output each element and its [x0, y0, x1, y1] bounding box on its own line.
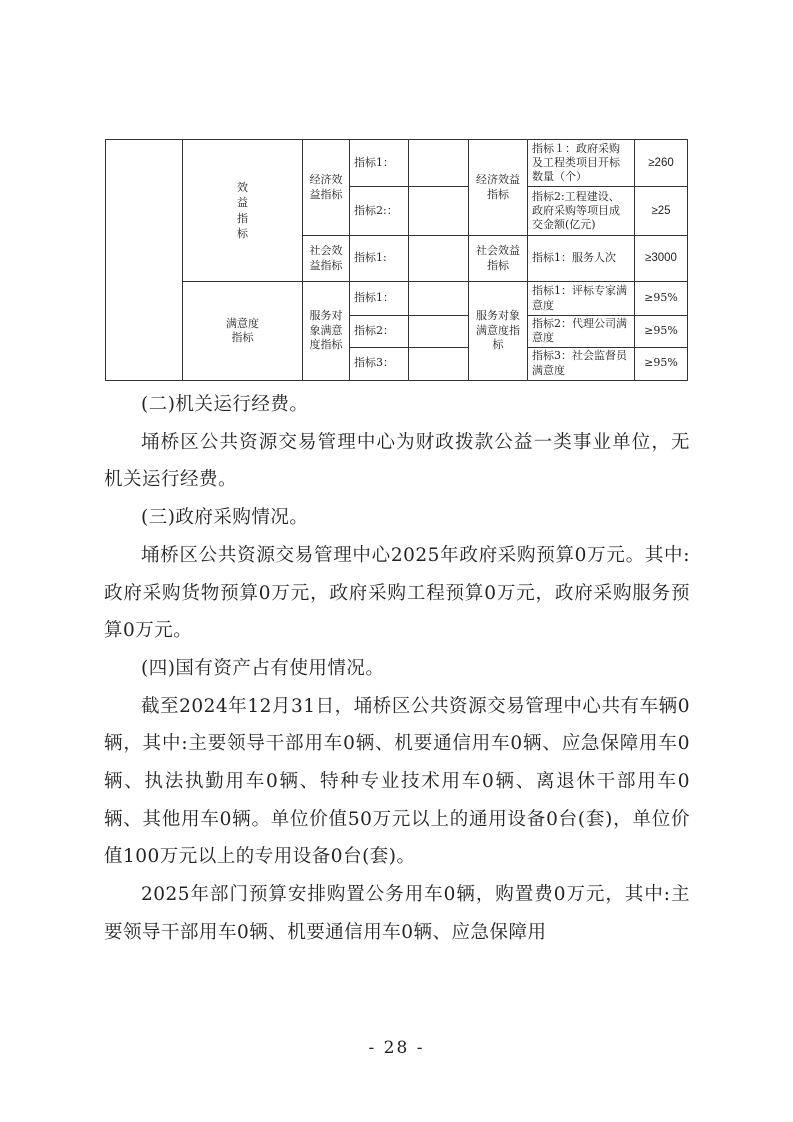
satisfaction-label-right: 服务对象满意度指标 [469, 282, 528, 381]
paragraph-procurement: 埇桥区公共资源交易管理中心2025年政府采购预算0万元。其中:政府采购货物预算0… [104, 537, 690, 650]
paragraph-operating-costs: 埇桥区公共资源交易管理中心为财政拨款公益一类事业单位，无机关运行经费。 [104, 424, 690, 499]
satisfaction-item-left-1: 指标1： [350, 282, 409, 316]
economic-item-right-1: 指标１：政府采购及工程类项目开标数量（个） [528, 140, 635, 187]
social-label-left: 社会效益指标 [303, 236, 350, 282]
satisfaction-item-right-2: 指标2：代理公司满意度 [528, 316, 635, 348]
satisfaction-label-left: 服务对象满意度指标 [303, 282, 350, 381]
economic-item-right-2: 指标2:工程建设、政府采购等项目成交金额(亿元) [528, 187, 635, 236]
body-text: (二)机关运行经费。 埇桥区公共资源交易管理中心为财政拨款公益一类事业单位，无机… [104, 386, 690, 952]
blank-first-column [106, 140, 183, 381]
satisfaction-category-cell: 满意度指标 [183, 282, 303, 381]
social-target-1: ≥3000 [635, 236, 688, 282]
satisfaction-target-3: ≥95% [635, 347, 688, 380]
satisfaction-target-1: ≥95% [635, 282, 688, 316]
economic-item-left-2: 指标2:： [350, 187, 409, 236]
paragraph-vehicle-purchase: 2025年部门预算安排购置公务用车0辆，购置费0万元，其中:主要领导干部用车0辆… [104, 876, 690, 951]
economic-item-left-1: 指标1： [350, 140, 409, 187]
satisfaction-value-left-1 [409, 282, 469, 316]
section-heading-state-assets: (四)国有资产占有使用情况。 [104, 650, 690, 688]
economic-target-1: ≥260 [635, 140, 688, 187]
social-item-left-1: 指标1: [350, 236, 409, 282]
paragraph-state-assets: 截至2024年12月31日，埇桥区公共资源交易管理中心共有车辆0辆，其中:主要领… [104, 688, 690, 877]
page-number: - 28 - [0, 1038, 793, 1058]
satisfaction-item-left-3: 指标3： [350, 347, 409, 380]
social-value-left-1 [409, 236, 469, 282]
satisfaction-value-left-2 [409, 316, 469, 348]
satisfaction-target-2: ≥95% [635, 316, 688, 348]
satisfaction-value-left-3 [409, 347, 469, 380]
benefit-category-label: 效益指标 [237, 180, 248, 242]
satisfaction-category-label: 满意度指标 [226, 317, 259, 346]
section-heading-procurement: (三)政府采购情况。 [104, 499, 690, 537]
social-label-right: 社会效益指标 [469, 236, 528, 282]
satisfaction-item-right-1: 指标1：评标专家满意度 [528, 282, 635, 316]
economic-target-2: ≥25 [635, 187, 688, 236]
economic-value-left-1 [409, 140, 469, 187]
economic-label-left: 经济效益指标 [303, 140, 350, 236]
satisfaction-item-right-3: 指标3：社会监督员满意度 [528, 347, 635, 380]
satisfaction-item-left-2: 指标2： [350, 316, 409, 348]
performance-indicator-table: 效益指标 经济效益指标 指标1： 经济效益指标 指标１：政府采购及工程类项目开标… [105, 139, 688, 381]
economic-label-right: 经济效益指标 [469, 140, 528, 236]
section-heading-operating-costs: (二)机关运行经费。 [104, 386, 690, 424]
economic-value-left-2 [409, 187, 469, 236]
benefit-category-cell: 效益指标 [183, 140, 303, 282]
social-item-right-1: 指标1：服务人次 [528, 236, 635, 282]
